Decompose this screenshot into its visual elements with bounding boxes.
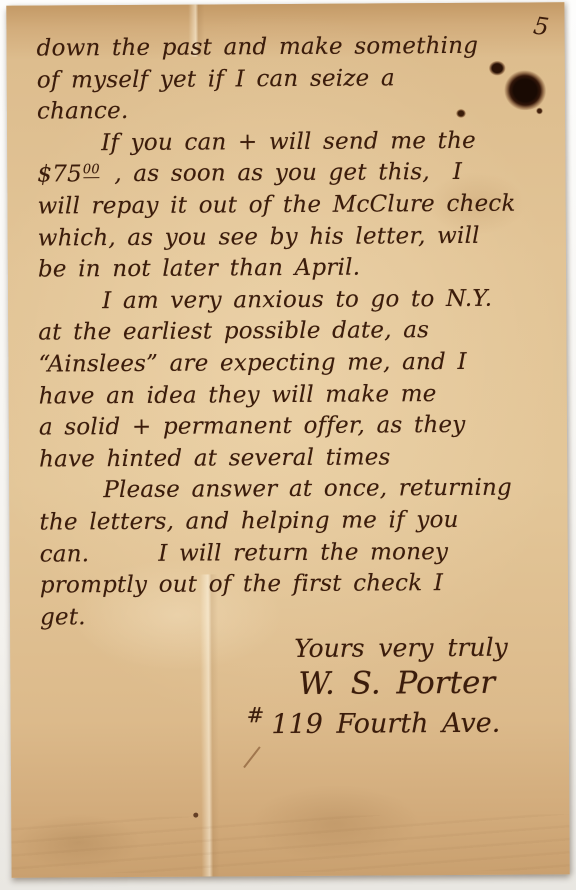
scanner-background: 5 down the past and make something of my…	[0, 0, 576, 890]
letter-line: of myself yet if I can seize a	[37, 62, 541, 97]
amount-dollars: $75	[37, 162, 82, 188]
number-sign: #	[247, 703, 265, 728]
letter-line: have hinted at several times	[39, 441, 543, 476]
letter-line-rest: , as soon as you get this, I	[103, 159, 462, 187]
paper-scratch-mark	[243, 746, 260, 768]
letter-line: can. I will return the money	[40, 536, 544, 571]
letter-line: I am very anxious to go to N.Y.	[38, 283, 542, 318]
ink-dot-bottom	[193, 813, 198, 818]
letter-line: get.	[40, 599, 544, 634]
letter-page: 5 down the past and make something of my…	[6, 2, 569, 877]
letter-line: have an idea they will make me	[39, 378, 543, 413]
letter-line: “Ainslees” are expecting me, and I	[38, 346, 542, 381]
letter-line: down the past and make something	[37, 30, 541, 65]
paper-wrinkles-bottom	[11, 814, 569, 873]
letter-line: Please answer at once, returning	[39, 473, 543, 508]
closing-line: Yours very truly	[294, 632, 556, 664]
letter-line: promptly out of the first check I	[40, 568, 544, 603]
letter-line: chance.	[37, 94, 541, 129]
letter-body: down the past and make something of myse…	[7, 30, 569, 634]
letter-line: at the earliest possible date, as	[38, 315, 542, 350]
signature-name: W. S. Porter	[298, 664, 556, 703]
signature-block: Yours very truly W. S. Porter #119 Fourt…	[236, 632, 557, 742]
letter-line-amount: $7500 , as soon as you get this, I	[37, 157, 541, 192]
letter-line: If you can + will send me the	[37, 125, 541, 160]
amount-cents-superscript: 00	[83, 164, 100, 179]
letter-line: a solid + permanent offer, as they	[39, 410, 543, 445]
letter-line: be in not later than April.	[38, 252, 542, 287]
address-line: #119 Fourth Ave.	[247, 708, 557, 742]
letter-line: which, as you see by his letter, will	[38, 220, 542, 255]
letter-line: the letters, and helping me if you	[39, 504, 543, 539]
street-address: 119 Fourth Ave.	[271, 708, 500, 740]
letter-line: will repay it out of the McClure check	[37, 188, 541, 223]
